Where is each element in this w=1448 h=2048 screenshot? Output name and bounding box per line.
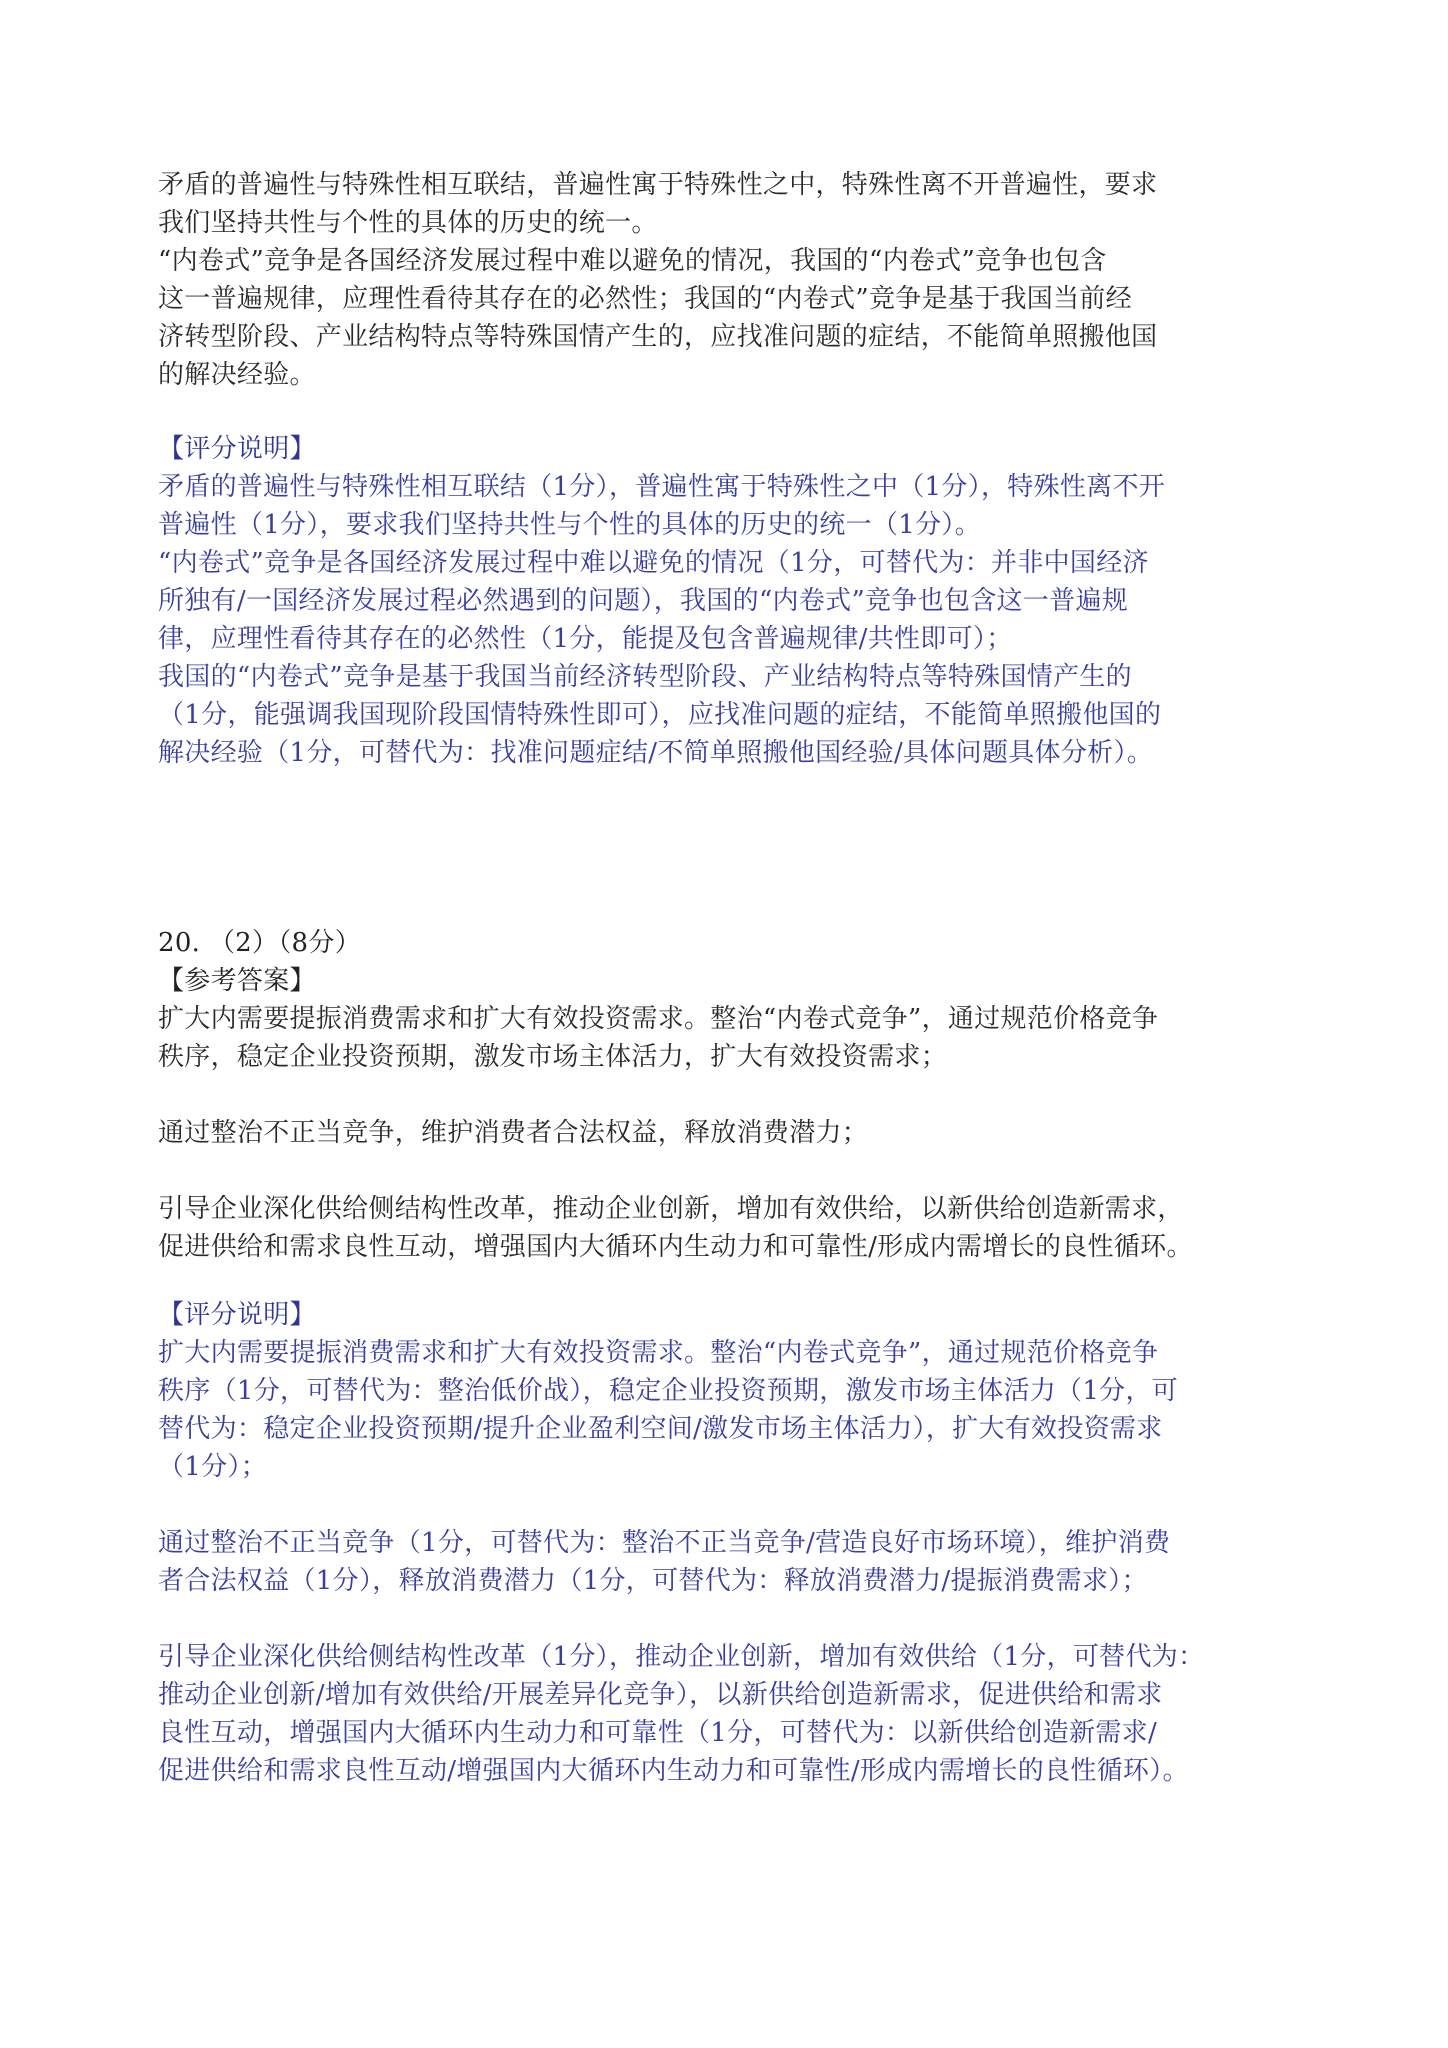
- scoring-line: （1分）；: [158, 1448, 1298, 1486]
- answer-line: 矛盾的普遍性与特殊性相互联结，普遍性寓于特殊性之中，特殊性离不开普遍性，要求: [158, 166, 1298, 204]
- answer-line: 通过整治不正当竞争，维护消费者合法权益，释放消费潜力；: [158, 1114, 1298, 1152]
- scoring-line: “内卷式”竞争是各国经济发展过程中难以避免的情况（1分，可替代为：并非中国经济: [158, 544, 1298, 582]
- scoring-line: 引导企业深化供给侧结构性改革（1分），推动企业创新，增加有效供给（1分，可替代为…: [158, 1638, 1298, 1676]
- scoring-line: 扩大内需要提振消费需求和扩大有效投资需求。整治“内卷式竞争”，通过规范价格竞争: [158, 1334, 1298, 1372]
- scoring-line: 解决经验（1分，可替代为：找准问题症结/不简单照搬他国经验/具体问题具体分析）。: [158, 734, 1298, 772]
- answer-line: 扩大内需要提振消费需求和扩大有效投资需求。整治“内卷式竞争”，通过规范价格竞争: [158, 1000, 1298, 1038]
- scoring-line: 良性互动，增强国内大循环内生动力和可靠性（1分，可替代为：以新供给创造新需求/: [158, 1714, 1298, 1752]
- question-20-2-block: 20. （2）（8分） 【参考答案】 扩大内需要提振消费需求和扩大有效投资需求。…: [158, 924, 1298, 1266]
- scoring-heading: 【评分说明】: [158, 1296, 1298, 1334]
- paragraph-gap: [158, 1076, 1298, 1114]
- answer-block-1: 矛盾的普遍性与特殊性相互联结，普遍性寓于特殊性之中，特殊性离不开普遍性，要求 我…: [158, 166, 1298, 394]
- paragraph-gap: [158, 1486, 1298, 1524]
- scoring-line: 矛盾的普遍性与特殊性相互联结（1分），普遍性寓于特殊性之中（1分），特殊性离不开: [158, 468, 1298, 506]
- answer-line: 引导企业深化供给侧结构性改革，推动企业创新，增加有效供给，以新供给创造新需求，: [158, 1190, 1298, 1228]
- scoring-line: 律，应理性看待其存在的必然性（1分，能提及包含普遍规律/共性即可）；: [158, 620, 1298, 658]
- answer-line: 我们坚持共性与个性的具体的历史的统一。: [158, 204, 1298, 242]
- scoring-line: （1分，能强调我国现阶段国情特殊性即可），应找准问题的症结，不能简单照搬他国的: [158, 696, 1298, 734]
- answer-line: 这一普遍规律，应理性看待其存在的必然性；我国的“内卷式”竞争是基于我国当前经: [158, 280, 1298, 318]
- scoring-heading: 【评分说明】: [158, 430, 1298, 468]
- scoring-block-2: 【评分说明】 扩大内需要提振消费需求和扩大有效投资需求。整治“内卷式竞争”，通过…: [158, 1296, 1298, 1790]
- document-page: 矛盾的普遍性与特殊性相互联结，普遍性寓于特殊性之中，特殊性离不开普遍性，要求 我…: [0, 0, 1448, 2048]
- answer-heading: 【参考答案】: [158, 962, 1298, 1000]
- scoring-line: 所独有/一国经济发展过程必然遇到的问题），我国的“内卷式”竞争也包含这一普遍规: [158, 582, 1298, 620]
- scoring-line: 普遍性（1分），要求我们坚持共性与个性的具体的历史的统一（1分）。: [158, 506, 1298, 544]
- answer-line: 秩序，稳定企业投资预期，激发市场主体活力，扩大有效投资需求；: [158, 1038, 1298, 1076]
- question-number: 20. （2）（8分）: [158, 924, 1298, 962]
- scoring-line: 促进供给和需求良性互动/增强国内大循环内生动力和可靠性/形成内需增长的良性循环）…: [158, 1752, 1298, 1790]
- scoring-line: 者合法权益（1分），释放消费潜力（1分，可替代为：释放消费潜力/提振消费需求）；: [158, 1562, 1298, 1600]
- scoring-line: 我国的“内卷式”竞争是基于我国当前经济转型阶段、产业结构特点等特殊国情产生的: [158, 658, 1298, 696]
- paragraph-gap: [158, 1152, 1298, 1190]
- scoring-line: 通过整治不正当竞争（1分，可替代为：整治不正当竞争/营造良好市场环境），维护消费: [158, 1524, 1298, 1562]
- scoring-line: 秩序（1分，可替代为：整治低价战），稳定企业投资预期，激发市场主体活力（1分，可: [158, 1372, 1298, 1410]
- answer-line: 的解决经验。: [158, 356, 1298, 394]
- scoring-line: 替代为：稳定企业投资预期/提升企业盈利空间/激发市场主体活力），扩大有效投资需求: [158, 1410, 1298, 1448]
- scoring-line: 推动企业创新/增加有效供给/开展差异化竞争），以新供给创造新需求，促进供给和需求: [158, 1676, 1298, 1714]
- answer-line: 济转型阶段、产业结构特点等特殊国情产生的，应找准问题的症结，不能简单照搬他国: [158, 318, 1298, 356]
- answer-line: “内卷式”竞争是各国经济发展过程中难以避免的情况，我国的“内卷式”竞争也包含: [158, 242, 1298, 280]
- paragraph-gap: [158, 1600, 1298, 1638]
- scoring-block-1: 【评分说明】 矛盾的普遍性与特殊性相互联结（1分），普遍性寓于特殊性之中（1分）…: [158, 430, 1298, 772]
- answer-line: 促进供给和需求良性互动，增强国内大循环内生动力和可靠性/形成内需增长的良性循环。: [158, 1228, 1298, 1266]
